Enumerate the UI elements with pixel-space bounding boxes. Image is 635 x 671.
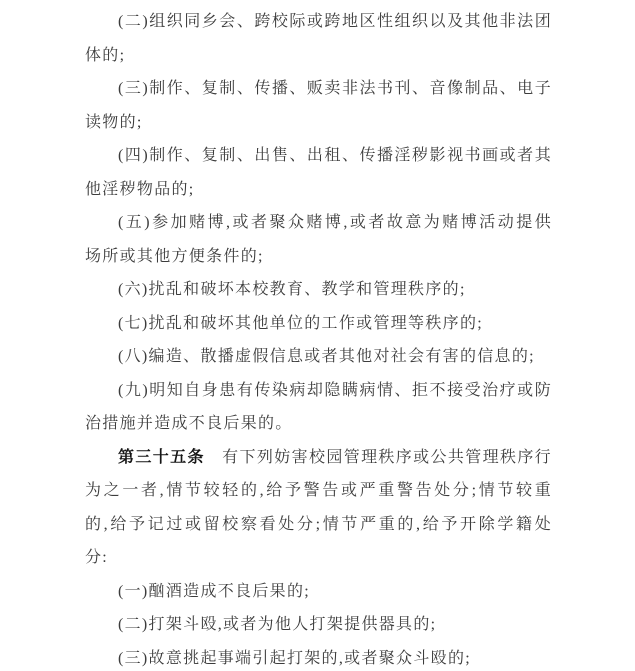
document-line: 读物的; xyxy=(85,106,552,140)
document-line: (九)明知自身患有传染病却隐瞒病情、拒不接受治疗或防 xyxy=(85,374,552,408)
document-line: (一)酗酒造成不良后果的; xyxy=(85,575,552,609)
document-line: (三)故意挑起事端引起打架的,或者聚众斗殴的; xyxy=(85,642,552,671)
document-line: 体的; xyxy=(85,39,552,73)
document-line: (二)打架斗殴,或者为他人打架提供器具的; xyxy=(85,608,552,642)
document-page: (二)组织同乡会、跨校际或跨地区性组织以及其他非法团 体的; (三)制作、复制、… xyxy=(85,5,552,671)
document-line: 治措施并造成不良后果的。 xyxy=(85,407,552,441)
document-line: (六)扰乱和破坏本校教育、教学和管理秩序的; xyxy=(85,273,552,307)
document-line: (八)编造、散播虚假信息或者其他对社会有害的信息的; xyxy=(85,340,552,374)
document-line: (四)制作、复制、出售、出租、传播淫秽影视书画或者其 xyxy=(85,139,552,173)
document-line: (七)扰乱和破坏其他单位的工作或管理等秩序的; xyxy=(85,307,552,341)
document-line: 分: xyxy=(85,541,552,575)
document-line: (三)制作、复制、传播、贩卖非法书刊、音像制品、电子 xyxy=(85,72,552,106)
article-number: 第三十五条 xyxy=(118,449,205,466)
document-line: 为之一者,情节较轻的,给予警告或严重警告处分;情节较重 xyxy=(85,474,552,508)
document-line: (五)参加赌博,或者聚众赌博,或者故意为赌博活动提供 xyxy=(85,206,552,240)
document-line: 的,给予记过或留校察看处分;情节严重的,给予开除学籍处 xyxy=(85,508,552,542)
document-line: 场所或其他方便条件的; xyxy=(85,240,552,274)
document-line: 他淫秽物品的; xyxy=(85,173,552,207)
document-line: 第三十五条 有下列妨害校园管理秩序或公共管理秩序行 xyxy=(85,441,552,475)
article-intro-text: 有下列妨害校园管理秩序或公共管理秩序行 xyxy=(205,449,552,466)
document-line: (二)组织同乡会、跨校际或跨地区性组织以及其他非法团 xyxy=(85,5,552,39)
